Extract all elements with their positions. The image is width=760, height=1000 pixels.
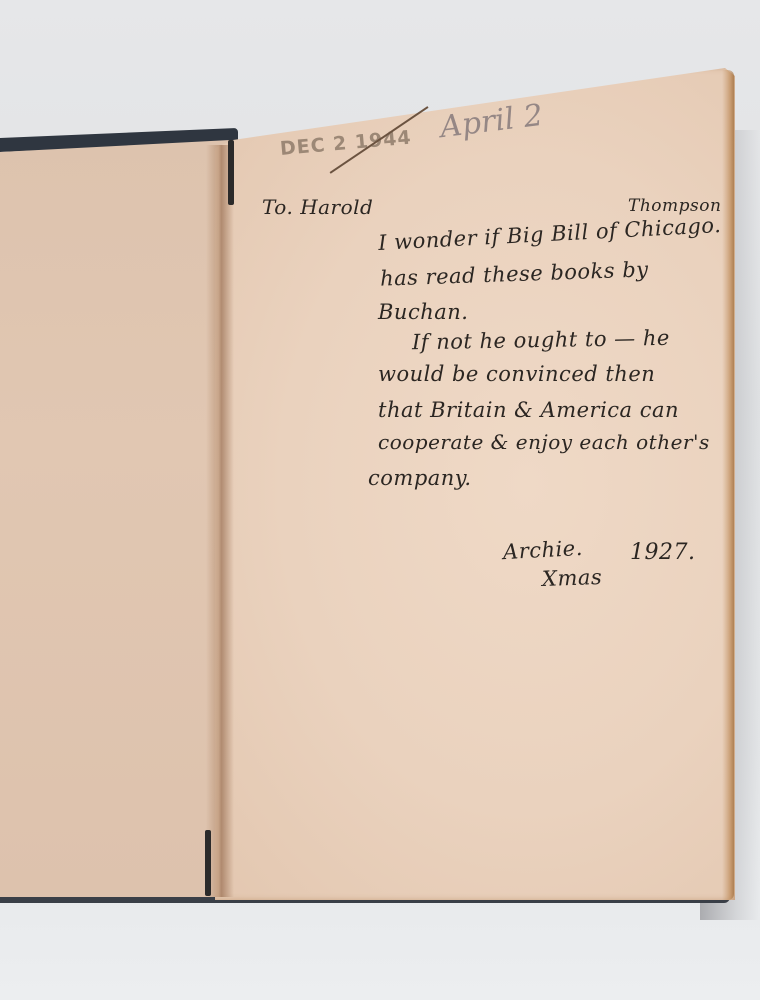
inscription-line-7: cooperate & enjoy each other's — [378, 430, 710, 454]
salutation: To. Harold — [262, 195, 373, 219]
page-edge-foxing — [722, 70, 734, 900]
inscription-line-4: If not he ought to — he — [412, 326, 670, 354]
spine-tear-top — [228, 140, 234, 205]
occasion: Xmas — [542, 565, 603, 591]
inscription-line-8: company. — [368, 466, 472, 490]
inscription-line-3: Buchan. — [378, 300, 468, 324]
spine-tear-bottom — [205, 830, 211, 896]
left-endpaper — [0, 140, 230, 897]
spine-gutter — [206, 145, 234, 897]
photo-scene: DEC 2 1944 April 2 To. Harold Thompson I… — [0, 0, 760, 1000]
year: 1927. — [630, 540, 695, 565]
right-flyleaf — [215, 68, 735, 900]
inscription-line-6: that Britain & America can — [378, 398, 679, 422]
inscription-line-5: would be convinced then — [378, 362, 655, 386]
signature: Archie. — [502, 536, 583, 564]
